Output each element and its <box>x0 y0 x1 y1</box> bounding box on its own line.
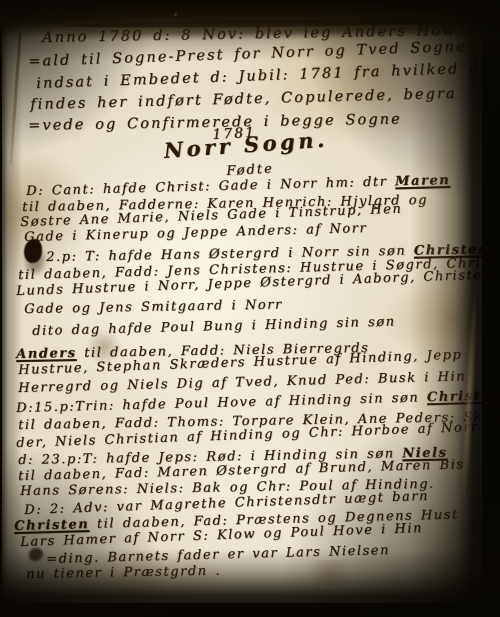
underlined-name: Christen <box>14 517 89 534</box>
stain <box>300 560 360 586</box>
section-heading: Fødte <box>226 162 274 179</box>
register-page-photo: Anno 1780 d: 8 Nov: blev ieg Anders How … <box>0 0 500 617</box>
paper-speck <box>174 13 177 16</box>
underlined-name: Maren <box>395 173 451 189</box>
underlined-name: Anders <box>16 346 77 362</box>
underlined-name: Christen <box>427 388 500 405</box>
